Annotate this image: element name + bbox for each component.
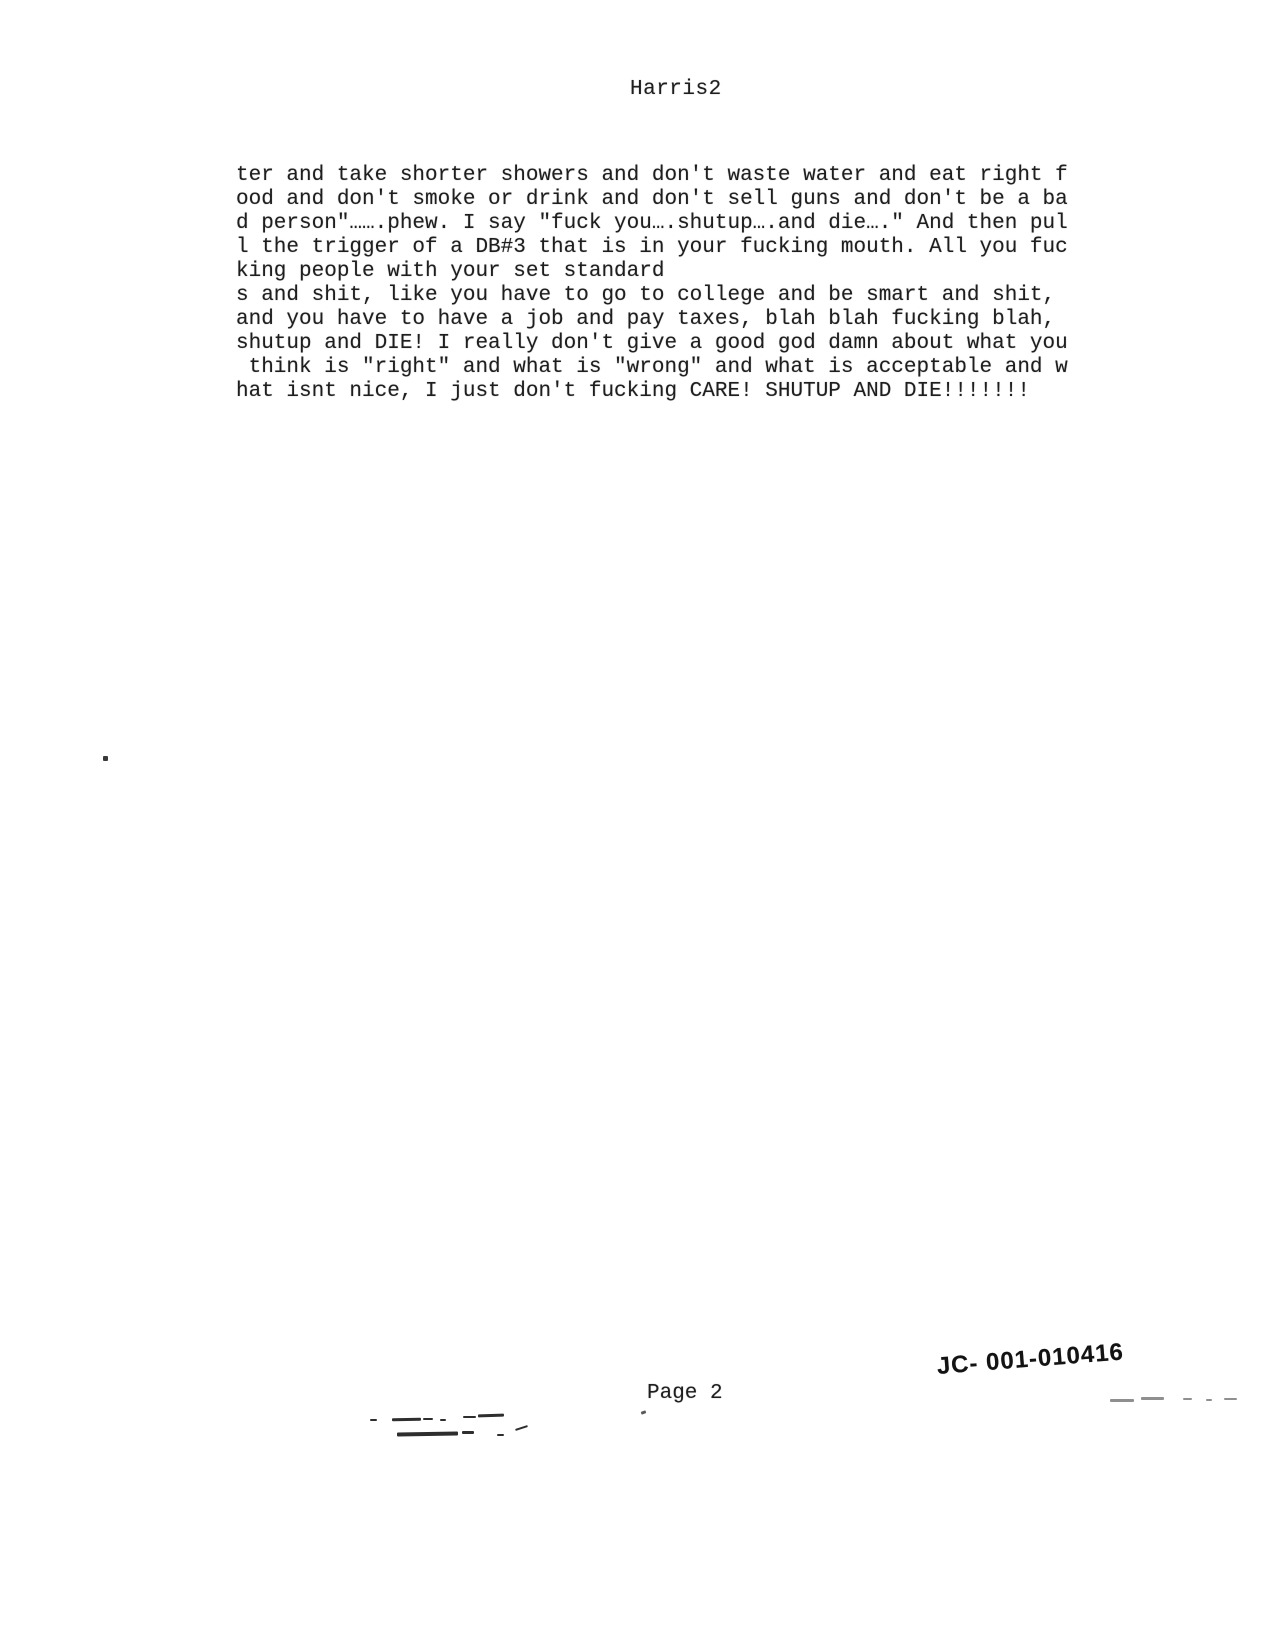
scan-smudge-dash (397, 1431, 458, 1436)
scan-smudge-dash (463, 1416, 476, 1418)
scan-smudge-dash (423, 1418, 433, 1420)
scan-smudge-dash (1183, 1398, 1192, 1400)
scan-smudge-dash (392, 1418, 421, 1422)
scan-smudge-dash (497, 1434, 504, 1436)
scan-smudge-dash (515, 1425, 528, 1431)
scan-smudge-dash (462, 1431, 474, 1434)
scan-smudge-dash (1141, 1397, 1164, 1400)
scan-smudge-dash (440, 1419, 446, 1421)
page-header-title: Harris2 (630, 78, 722, 102)
bates-stamp: JC- 001-010416 (936, 1338, 1125, 1381)
scan-smudge-dash (1206, 1399, 1212, 1401)
scan-smudge-dash (1110, 1399, 1134, 1402)
scan-smudge-dash (1224, 1398, 1237, 1400)
scan-smudge-dash (370, 1419, 377, 1421)
page-number: Page 2 (647, 1382, 723, 1406)
document-page: Harris2 ter and take shorter showers and… (0, 0, 1275, 1650)
scan-smudge-dash (478, 1414, 504, 1418)
document-body-text: ter and take shorter showers and don't w… (236, 164, 1068, 404)
scan-speck (103, 756, 108, 761)
scan-speck (641, 1410, 647, 1415)
